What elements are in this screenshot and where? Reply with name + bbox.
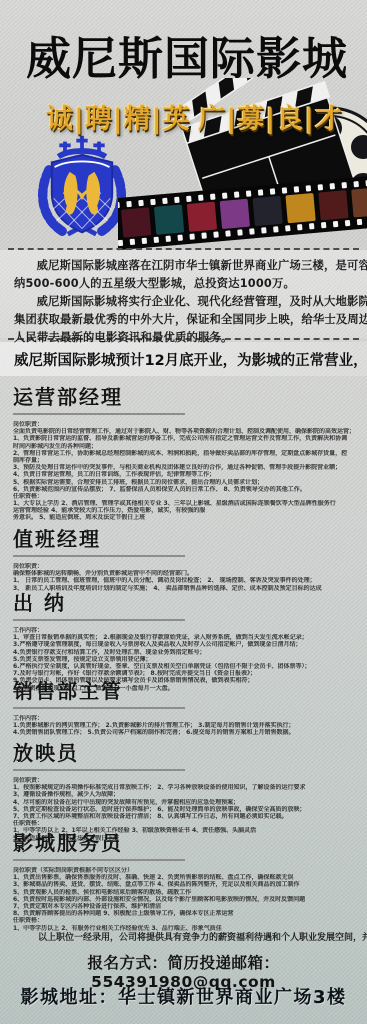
dashed-divider [8,248,359,250]
text-line: 3、影城商品的售卖、进货、摆货、结账、盘点等工作 4、保卖品的陈列整齐，充足以及… [13,881,365,888]
intro-paragraph-1: 威尼斯国际影城座落在江阴市华士镇新世界商业广场三楼，是可容纳500-600人的五… [14,257,367,293]
text-line: 3.严格遵守现金管理制度，每日现金收入与票房收入及卖品收入及时存入公司指定帐户，… [13,641,365,648]
text-line: 制库存量； [13,457,365,464]
text-line: 1、 日常的员工管理、值班管理，值班中的人员分配、调动及岗位检查； 2、 现场控… [13,577,365,584]
job-title: 放映员 [13,737,185,771]
job-title: 运营部经理 [13,381,185,415]
text-line: 1、审查日常报销单据的真实性； 2.根据现金及银行存款原始凭证，录入财务系统，做… [13,634,365,641]
job-section-sales-supervisor: 销售部主管 工作内容：1.负责影城影片的拷贝管理工作； 2.负责影城影片的排片管… [13,675,365,737]
job-section-duty-manager: 值班经理 岗位职责：确保整体影城的运转顺畅，并分别负责影城运营中不同的经营部门。… [13,523,365,592]
text-line: 工作内容： [13,715,365,722]
text-line: 1、按照影城规定的各项操作标准完成日常放映工作； 2、学习各种放映设备的使用知识… [13,784,365,791]
job-description: 岗位职责：全面负责电影院的日常经营管理工作，通过对于影院人、财、物等各项资源的合… [13,421,365,522]
cinema-address-line: 影城地址：华士镇新世界商业广场3楼 [0,983,367,1009]
text-line: 岗位职责： [13,563,365,570]
text-line: 运营管理经验 4、能承受较大的工作压力，热爱电影，诚实，有较强的服 [13,507,365,514]
text-line: 4.负责银行存款支付和结算工作，及时处理汇票、现金业务到指定账号； [13,649,365,656]
text-line: 6、负责影城范围内的宣传品摆放； 7、监督保洁人员和保安人员的日常工作、 8、负… [13,486,365,493]
text-line: 1、负责影院日常营运的监督、指导及新影城营运的筹备工作，完成公司所有指定之管理运… [13,435,365,442]
text-line: 4、尽可能的对设备在运行中出现的突发故障有所预见，并掌握相应的应急处理预案； [13,799,365,806]
job-section-operations-manager: 运营部经理 岗位职责：全面负责电影院的日常经营管理工作，通过对于影院人、财、物等… [13,381,365,522]
text-line: 岗位职责（实际到岗职责根据不同专区区分） [13,867,365,874]
job-title: 销售部主管 [13,675,185,709]
text-line: 5.负责支票签发管理，按规定设立支票领用登记簿； [13,656,365,663]
text-line: 2、管理日常营运工作，协助影城总经理控制影城的成本、利润和损耗，指导做好卖品部的… [13,450,365,457]
text-line: 6、负责按时巡视影城的内部、外部设施和安全情况，以及每个影厅里顾客和电影放映的情… [13,896,365,903]
text-line: 任职资格： [13,493,365,500]
footer-note: 以上职位一经录用，公司将提供具有竞争力的薪资福利待遇和个人职业发展空间，并安排统… [38,930,367,943]
job-title: 出 纳 [13,587,185,621]
intro-paragraph-2: 威尼斯国际影城将实行企业化、现代化经营管理，及时从大地影院集团获取最新最优秀的中… [14,293,367,347]
opening-line: 威尼斯国际影城预计12月底开业，为影城的正常营业，特招聘以下人员 [14,349,367,370]
text-line: 确保整体影城的运转顺畅，并分别负责影城运营中不同的经营部门。 [13,570,365,577]
text-line: 8、负责解答顾客提出的各种问题 9、积极配合上级领导工作，确保本专区正常运营 [13,910,365,917]
text-line: 务意识。 5、能适应倒班、周末及法定节假日上班 [13,514,365,521]
slogan-left: 诚|聘|精|英 [46,97,191,136]
text-line: 任职资格： [13,917,365,924]
text-line: 5、根据实际营运需要，合理安排员工排班，根据员工的岗位需求，提出合理的人员需求计… [13,479,365,486]
text-line: 工作内容： [13,627,365,634]
text-line: 4、负责日常营运管理，员工的日常训练，工作表现评估，纪律管理等工作； [13,471,365,478]
job-description: 岗位职责（实际到岗职责根据不同专区区分）1、负责出售影票，确保售票服务的及时、准… [13,867,365,932]
text-line: 1.负责影城影片的拷贝管理工作； 2.负责影城影片的排片管理工作； 3.制定每月… [13,722,365,729]
text-line: 4.负责销售团队管理工作； 5.负责公司客户档案的制作和完善； 6.提交每月的销… [13,729,365,736]
text-line: 岗位职责： [13,421,365,428]
text-line: 岗位职责： [13,777,365,784]
job-title: 影城服务员 [13,827,185,861]
slogan-row: 诚|聘|精|英 广|募|良|才 [0,97,367,136]
text-line: 全面负责电影院的日常经营管理工作，通过对于影院人、财、物等各项资源的合理计划、控… [13,428,365,435]
job-description: 工作内容：1.负责影城影片的拷贝管理工作； 2.负责影城影片的排片管理工作； 3… [13,715,365,737]
text-line: 6.严格执行安全制度，认真管好现金、签章、空白支票及相关空白单据凭证（包括但不限… [13,663,365,670]
text-line: 7、负责定期对本专区内各种设备进行保养、维护和清洁 [13,903,365,910]
text-line: 3、预防及处理日常运作中的突发事件，与相关商业机构及团体建立良好的合作，通过各种… [13,464,365,471]
intro-text: 威尼斯国际影城座落在江阴市华士镇新世界商业广场三楼，是可容纳500-600人的五… [14,257,367,347]
text-line: 1、负责出售影票，确保售票服务的及时、准确、快速 2、负责所售影票的结账、盘点工… [13,874,365,881]
job-title: 值班经理 [13,523,185,557]
text-line: 5、负责观影人员的检票、侯位和电影结束后顾客的散场、疏散工作 [13,889,365,896]
job-section-projectionist: 放映员 岗位职责：1、按照影城规定的各项操作标准完成日常放映工作； 2、学习各种… [13,737,365,842]
job-section-cinema-attendant: 影城服务员 岗位职责（实际到岗职责根据不同专区区分）1、负责出售影票，确保售票服… [13,827,365,932]
text-line: 5、负责定期检查设备运行状态，适时进行保养维护； 6、能及时处理简单的放映事故，… [13,806,365,813]
text-line: 3、遵循设备操作规程，减少人为故障； [13,791,365,798]
slogan-right: 广|募|良|才 [198,97,343,136]
text-line: 1、大专以上学历 2、酒店管理、管理学或其他相关专业 3、三年以上影城、星级酒店… [13,500,365,507]
recruitment-poster: 威尼斯国际影城 诚|聘|精|英 广|募|良|才 [0,0,367,1024]
text-line: 7、负责工作区域的环境整洁和对放映设备进行清洁； 8、认真填写工作日志，所有问题… [13,813,365,820]
text-line: 时间内影城内发生的各种问题； [13,443,365,450]
